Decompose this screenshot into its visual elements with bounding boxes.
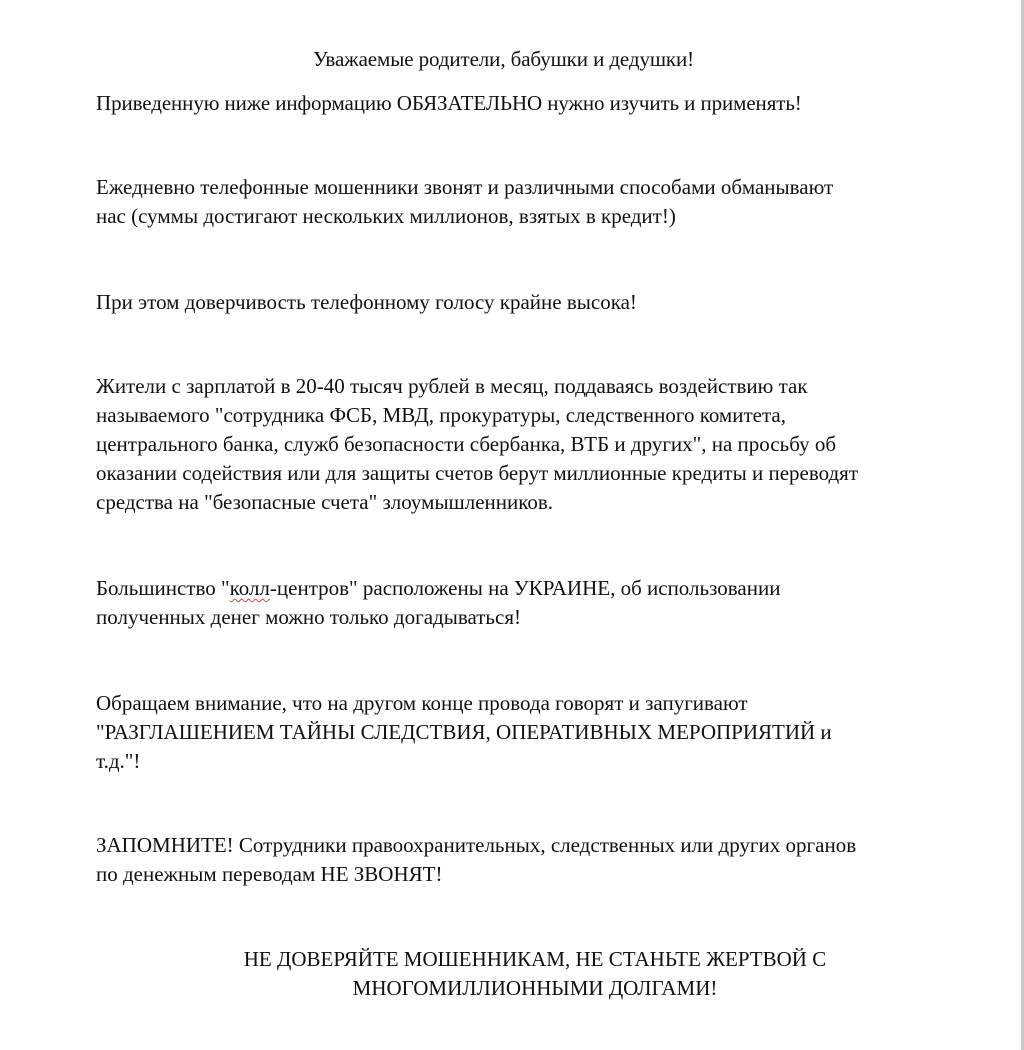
closing-warning: НЕ ДОВЕРЯЙТЕ МОШЕННИКАМ, НЕ СТАНЬТЕ ЖЕРТ…	[0, 945, 1024, 1003]
text-line: нас (суммы достигают нескольких миллионо…	[96, 202, 996, 231]
spellcheck-underlined-word: колл	[230, 576, 270, 600]
text-line: по денежным переводам НЕ ЗВОНЯТ!	[96, 860, 996, 889]
text-line: При этом доверчивость телефонному голосу…	[96, 288, 996, 317]
text-line: НЕ ДОВЕРЯЙТЕ МОШЕННИКАМ, НЕ СТАНЬТЕ ЖЕРТ…	[0, 945, 1024, 974]
paragraph-call-centers: Большинство "колл-центров" расположены н…	[96, 574, 996, 632]
paragraph-trust: При этом доверчивость телефонному голосу…	[96, 288, 996, 317]
text-line: Ежедневно телефонные мошенники звонят и …	[96, 173, 996, 202]
text-line: называемого "сотрудника ФСБ, МВД, прокур…	[96, 401, 996, 430]
greeting-heading: Уважаемые родители, бабушки и дедушки!	[313, 45, 694, 74]
paragraph-fraud-calls: Ежедневно телефонные мошенники звонят и …	[96, 173, 996, 231]
text-line: оказании содействия или для защиты счето…	[96, 459, 996, 488]
text-line: Обращаем внимание, что на другом конце п…	[96, 689, 996, 718]
document-page: Уважаемые родители, бабушки и дедушки! П…	[0, 0, 1021, 1050]
text-line: "РАЗГЛАШЕНИЕМ ТАЙНЫ СЛЕДСТВИЯ, ОПЕРАТИВН…	[96, 718, 996, 747]
text-line: полученных денег можно только догадывать…	[96, 603, 996, 632]
text-segment: Большинство "	[96, 576, 230, 600]
text-line: т.д."!	[96, 747, 996, 776]
paragraph-remember: ЗАПОМНИТЕ! Сотрудники правоохранительных…	[96, 831, 996, 889]
text-segment: -центров" расположены на УКРАИНЕ, об исп…	[270, 576, 781, 600]
paragraph-victims: Жители с зарплатой в 20-40 тысяч рублей …	[96, 372, 996, 517]
text-line: Жители с зарплатой в 20-40 тысяч рублей …	[96, 372, 996, 401]
text-line: Большинство "колл-центров" расположены н…	[96, 574, 996, 603]
text-line: средства на "безопасные счета" злоумышле…	[96, 488, 996, 517]
intro-line: Приведенную ниже информацию ОБЯЗАТЕЛЬНО …	[96, 89, 802, 118]
text-line: МНОГОМИЛЛИОННЫМИ ДОЛГАМИ!	[0, 974, 1024, 1003]
text-line: центрального банка, служб безопасности с…	[96, 430, 996, 459]
paragraph-intimidation: Обращаем внимание, что на другом конце п…	[96, 689, 996, 776]
text-line: ЗАПОМНИТЕ! Сотрудники правоохранительных…	[96, 831, 996, 860]
